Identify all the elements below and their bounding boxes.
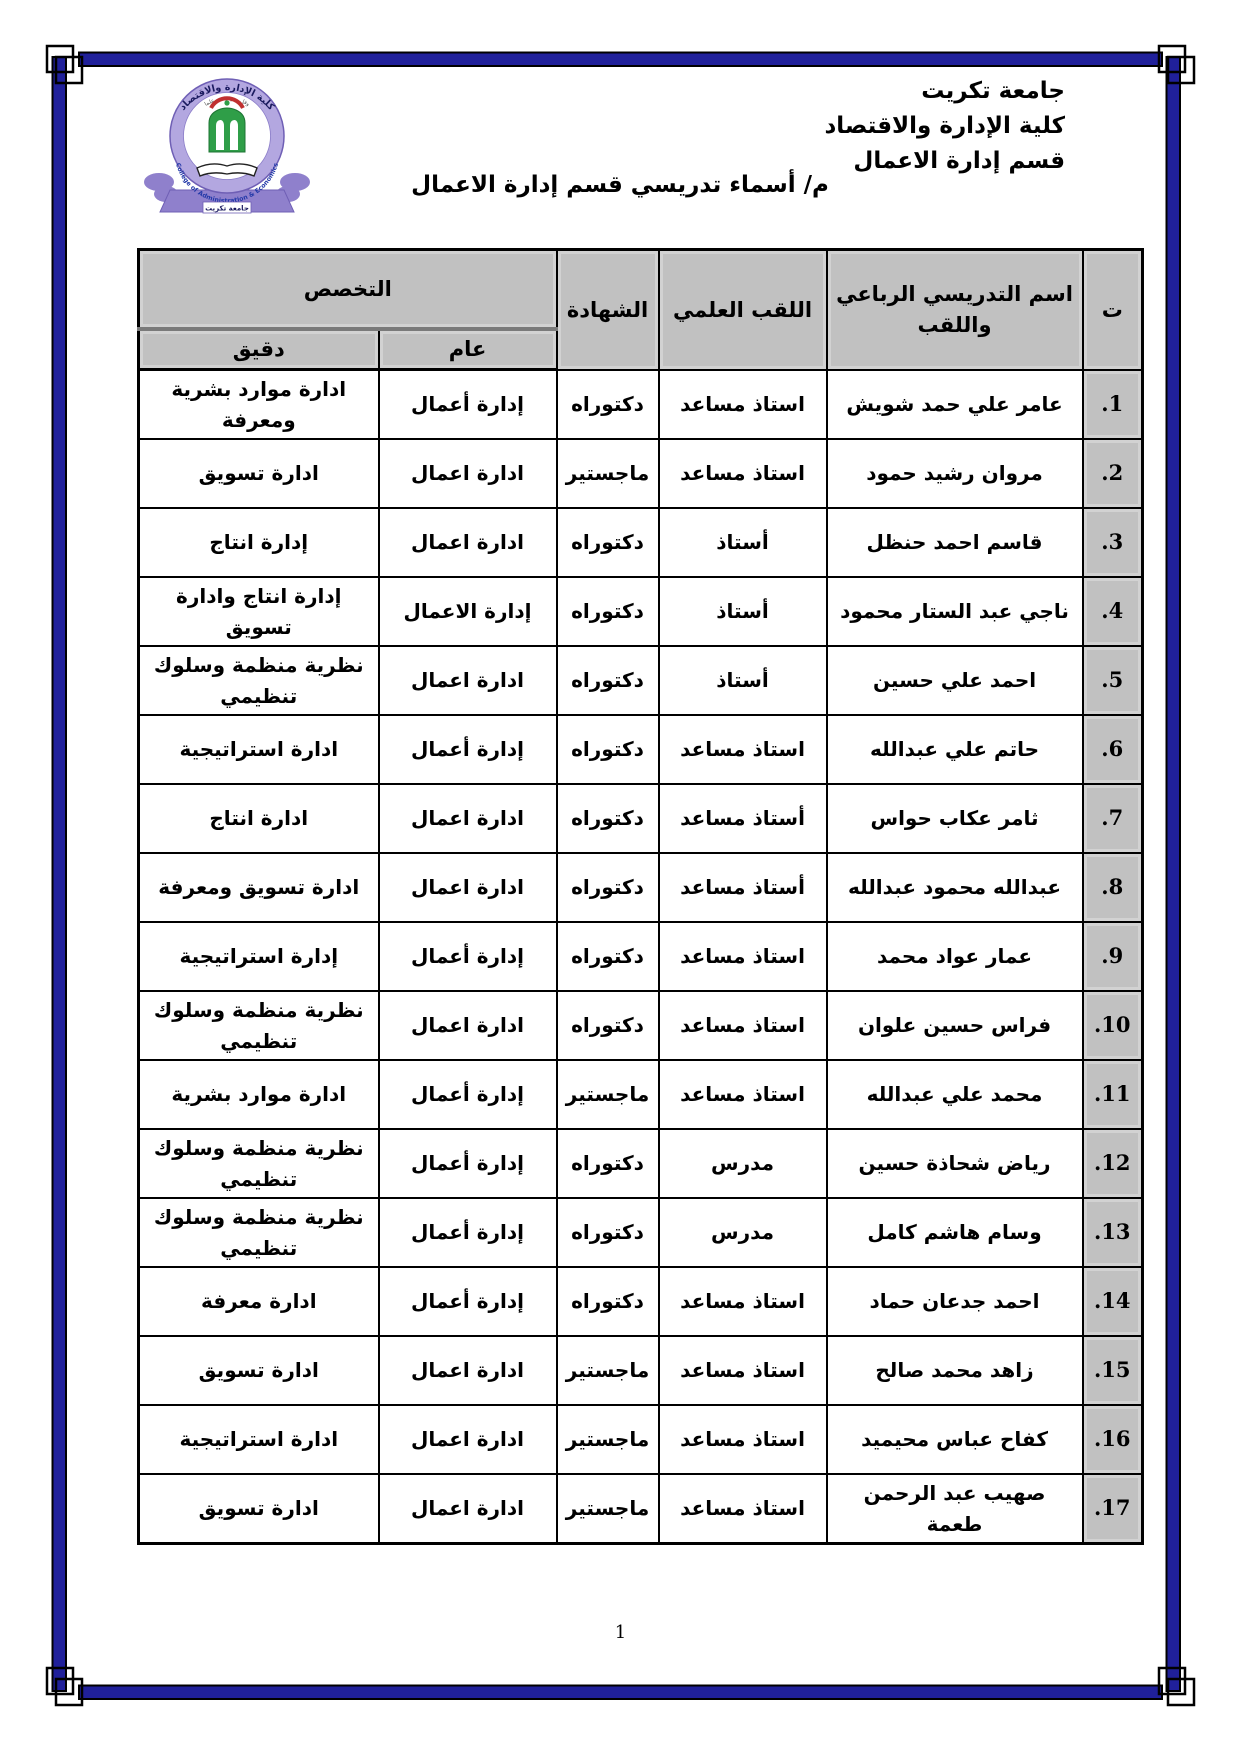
cell-general: ادارة اعمال [379,784,557,853]
org-line-college: كلية الإدارة والاقتصاد [825,109,1066,144]
frame-band-left [53,57,67,1691]
cell-precise: ادارة استراتيجية [139,1405,379,1474]
cell-general: إدارة أعمال [379,922,557,991]
frame-band-bottom [79,1686,1162,1700]
cell-precise: ادارة انتاج [139,784,379,853]
cell-degree: ماجستير [557,1336,659,1405]
cell-general: ادارة اعمال [379,646,557,715]
cell-title: استاذ مساعد [659,991,827,1060]
cell-name: رياض شحاذة حسين [827,1129,1083,1198]
cell-precise: إدارة انتاج [139,508,379,577]
cell-degree: دكتوراه [557,853,659,922]
cell-no: 1. [1083,370,1143,440]
table-row: 1.عامر علي حمد شويشاستاذ مساعددكتوراهإدا… [139,370,1143,440]
cell-precise: ادارة تسويق [139,439,379,508]
cell-degree: ماجستير [557,1405,659,1474]
cell-title: أستاذ مساعد [659,853,827,922]
column-header-degree: الشهادة [557,250,659,370]
cell-title: استاذ مساعد [659,1336,827,1405]
cell-name: فراس حسين علوان [827,991,1083,1060]
frame-band-right [1167,57,1181,1691]
cell-precise: إدارة استراتيجية [139,922,379,991]
cell-title: أستاذ [659,577,827,646]
column-header-precise: دقيق [139,329,379,370]
cell-name: عبدالله محمود عبدالله [827,853,1083,922]
table-row: 12.رياض شحاذة حسينمدرسدكتوراهإدارة أعمال… [139,1129,1143,1198]
table-row: 5.احمد علي حسينأستاذدكتوراهادارة اعمالنظ… [139,646,1143,715]
cell-degree: دكتوراه [557,646,659,715]
cell-no: 16. [1083,1405,1143,1474]
logo-banner-label: جامعة تكريت [205,205,249,213]
cell-general: إدارة أعمال [379,370,557,440]
cell-no: 3. [1083,508,1143,577]
cell-general: إدارة أعمال [379,1060,557,1129]
cell-name: احمد جدعان حماد [827,1267,1083,1336]
table-row: 9.عمار عواد محمداستاذ مساعددكتوراهإدارة … [139,922,1143,991]
cell-degree: دكتوراه [557,922,659,991]
cell-general: ادارة اعمال [379,1405,557,1474]
cell-title: استاذ مساعد [659,370,827,440]
cell-name: كفاح عباس محيميد [827,1405,1083,1474]
cell-general: ادارة اعمال [379,853,557,922]
cell-name: ناجي عبد الستار محمود [827,577,1083,646]
page-number: 1 [0,1622,1241,1643]
cell-general: ادارة اعمال [379,439,557,508]
cell-general: ادارة اعمال [379,991,557,1060]
cell-no: 10. [1083,991,1143,1060]
cell-no: 8. [1083,853,1143,922]
table-row: 10.فراس حسين علواناستاذ مساعددكتوراهادار… [139,991,1143,1060]
cell-no: 2. [1083,439,1143,508]
cell-degree: دكتوراه [557,1129,659,1198]
cell-title: استاذ مساعد [659,1267,827,1336]
cell-precise: ادارة تسويق [139,1474,379,1544]
cell-degree: دكتوراه [557,1198,659,1267]
cell-degree: ماجستير [557,439,659,508]
cell-no: 11. [1083,1060,1143,1129]
cell-general: إدارة الاعمال [379,577,557,646]
cell-general: ادارة اعمال [379,1474,557,1544]
cell-title: استاذ مساعد [659,922,827,991]
cell-precise: نظرية منظمة وسلوك تنظيمي [139,1129,379,1198]
cell-general: إدارة أعمال [379,1267,557,1336]
staff-table-wrap: ت اسم التدريسي الرباعي واللقب اللقب العل… [137,248,1144,1545]
cell-precise: ادارة موارد بشرية [139,1060,379,1129]
frame-band-top [79,53,1162,67]
cell-name: ثامر عكاب حواس [827,784,1083,853]
cell-no: 4. [1083,577,1143,646]
org-header-block: جامعة تكريت كلية الإدارة والاقتصاد قسم إ… [825,74,1066,179]
cell-degree: دكتوراه [557,715,659,784]
cell-precise: نظرية منظمة وسلوك تنظيمي [139,991,379,1060]
column-header-no: ت [1083,250,1143,370]
table-row: 11.محمد علي عبداللهاستاذ مساعدماجستيرإدا… [139,1060,1143,1129]
table-row: 4.ناجي عبد الستار محمودأستاذدكتوراهإدارة… [139,577,1143,646]
column-header-title: اللقب العلمي [659,250,827,370]
cell-precise: إدارة انتاج وادارة تسويق [139,577,379,646]
cell-name: عمار عواد محمد [827,922,1083,991]
cell-degree: دكتوراه [557,370,659,440]
cell-general: إدارة أعمال [379,1198,557,1267]
column-header-specialization: التخصص [139,250,557,330]
table-row: 15.زاهد محمد صالحاستاذ مساعدماجستيرادارة… [139,1336,1143,1405]
table-row: 8.عبدالله محمود عبداللهأستاذ مساعددكتورا… [139,853,1143,922]
cell-no: 12. [1083,1129,1143,1198]
cell-no: 7. [1083,784,1143,853]
column-header-general: عام [379,329,557,370]
cell-general: إدارة أعمال [379,1129,557,1198]
cell-no: 15. [1083,1336,1143,1405]
document-page: كلية الإدارة والاقتصاد وقل ربي زدني علما… [0,0,1241,1755]
table-row: 6.حاتم علي عبداللهاستاذ مساعددكتوراهإدار… [139,715,1143,784]
cell-name: حاتم علي عبدالله [827,715,1083,784]
cell-precise: نظرية منظمة وسلوك تنظيمي [139,1198,379,1267]
cell-name: وسام هاشم كامل [827,1198,1083,1267]
org-line-university: جامعة تكريت [825,74,1066,109]
cell-name: صهيب عبد الرحمن طعمة [827,1474,1083,1544]
cell-name: احمد علي حسين [827,646,1083,715]
cell-general: ادارة اعمال [379,1336,557,1405]
cell-precise: ادارة استراتيجية [139,715,379,784]
cell-title: مدرس [659,1198,827,1267]
cell-name: مروان رشيد حمود [827,439,1083,508]
cell-title: استاذ مساعد [659,1474,827,1544]
cell-no: 6. [1083,715,1143,784]
table-row: 13.وسام هاشم كاملمدرسدكتوراهإدارة أعمالن… [139,1198,1143,1267]
cell-no: 17. [1083,1474,1143,1544]
cell-degree: ماجستير [557,1474,659,1544]
cell-no: 5. [1083,646,1143,715]
cell-general: إدارة أعمال [379,715,557,784]
cell-precise: ادارة معرفة [139,1267,379,1336]
cell-precise: ادارة موارد بشرية ومعرفة [139,370,379,440]
cell-general: ادارة اعمال [379,508,557,577]
document-title: م/ أسماء تدريسي قسم إدارة الاعمال [70,172,1170,198]
cell-no: 9. [1083,922,1143,991]
table-row: 7.ثامر عكاب حواسأستاذ مساعددكتوراهادارة … [139,784,1143,853]
cell-precise: ادارة تسويق ومعرفة [139,853,379,922]
cell-name: عامر علي حمد شويش [827,370,1083,440]
cell-no: 13. [1083,1198,1143,1267]
cell-name: محمد علي عبدالله [827,1060,1083,1129]
staff-table: ت اسم التدريسي الرباعي واللقب اللقب العل… [137,248,1144,1545]
table-row: 16.كفاح عباس محيميداستاذ مساعدماجستيرادا… [139,1405,1143,1474]
cell-name: زاهد محمد صالح [827,1336,1083,1405]
cell-title: استاذ مساعد [659,715,827,784]
cell-title: استاذ مساعد [659,1405,827,1474]
cell-name: قاسم احمد حنظل [827,508,1083,577]
cell-degree: دكتوراه [557,508,659,577]
cell-precise: نظرية منظمة وسلوك تنظيمي [139,646,379,715]
cell-title: استاذ مساعد [659,1060,827,1129]
table-row: 14.احمد جدعان حماداستاذ مساعددكتوراهإدار… [139,1267,1143,1336]
cell-degree: ماجستير [557,1060,659,1129]
cell-degree: دكتوراه [557,1267,659,1336]
cell-degree: دكتوراه [557,991,659,1060]
column-header-name: اسم التدريسي الرباعي واللقب [827,250,1083,370]
staff-table-body: 1.عامر علي حمد شويشاستاذ مساعددكتوراهإدا… [139,370,1143,1544]
table-header-row: ت اسم التدريسي الرباعي واللقب اللقب العل… [139,250,1143,330]
cell-title: أستاذ [659,646,827,715]
cell-degree: دكتوراه [557,577,659,646]
table-row: 17.صهيب عبد الرحمن طعمةاستاذ مساعدماجستي… [139,1474,1143,1544]
table-row: 3.قاسم احمد حنظلأستاذدكتوراهادارة اعمالإ… [139,508,1143,577]
cell-title: مدرس [659,1129,827,1198]
cell-precise: ادارة تسويق [139,1336,379,1405]
cell-title: استاذ مساعد [659,439,827,508]
cell-degree: دكتوراه [557,784,659,853]
cell-title: أستاذ مساعد [659,784,827,853]
cell-no: 14. [1083,1267,1143,1336]
table-row: 2.مروان رشيد حموداستاذ مساعدماجستيرادارة… [139,439,1143,508]
cell-title: أستاذ [659,508,827,577]
